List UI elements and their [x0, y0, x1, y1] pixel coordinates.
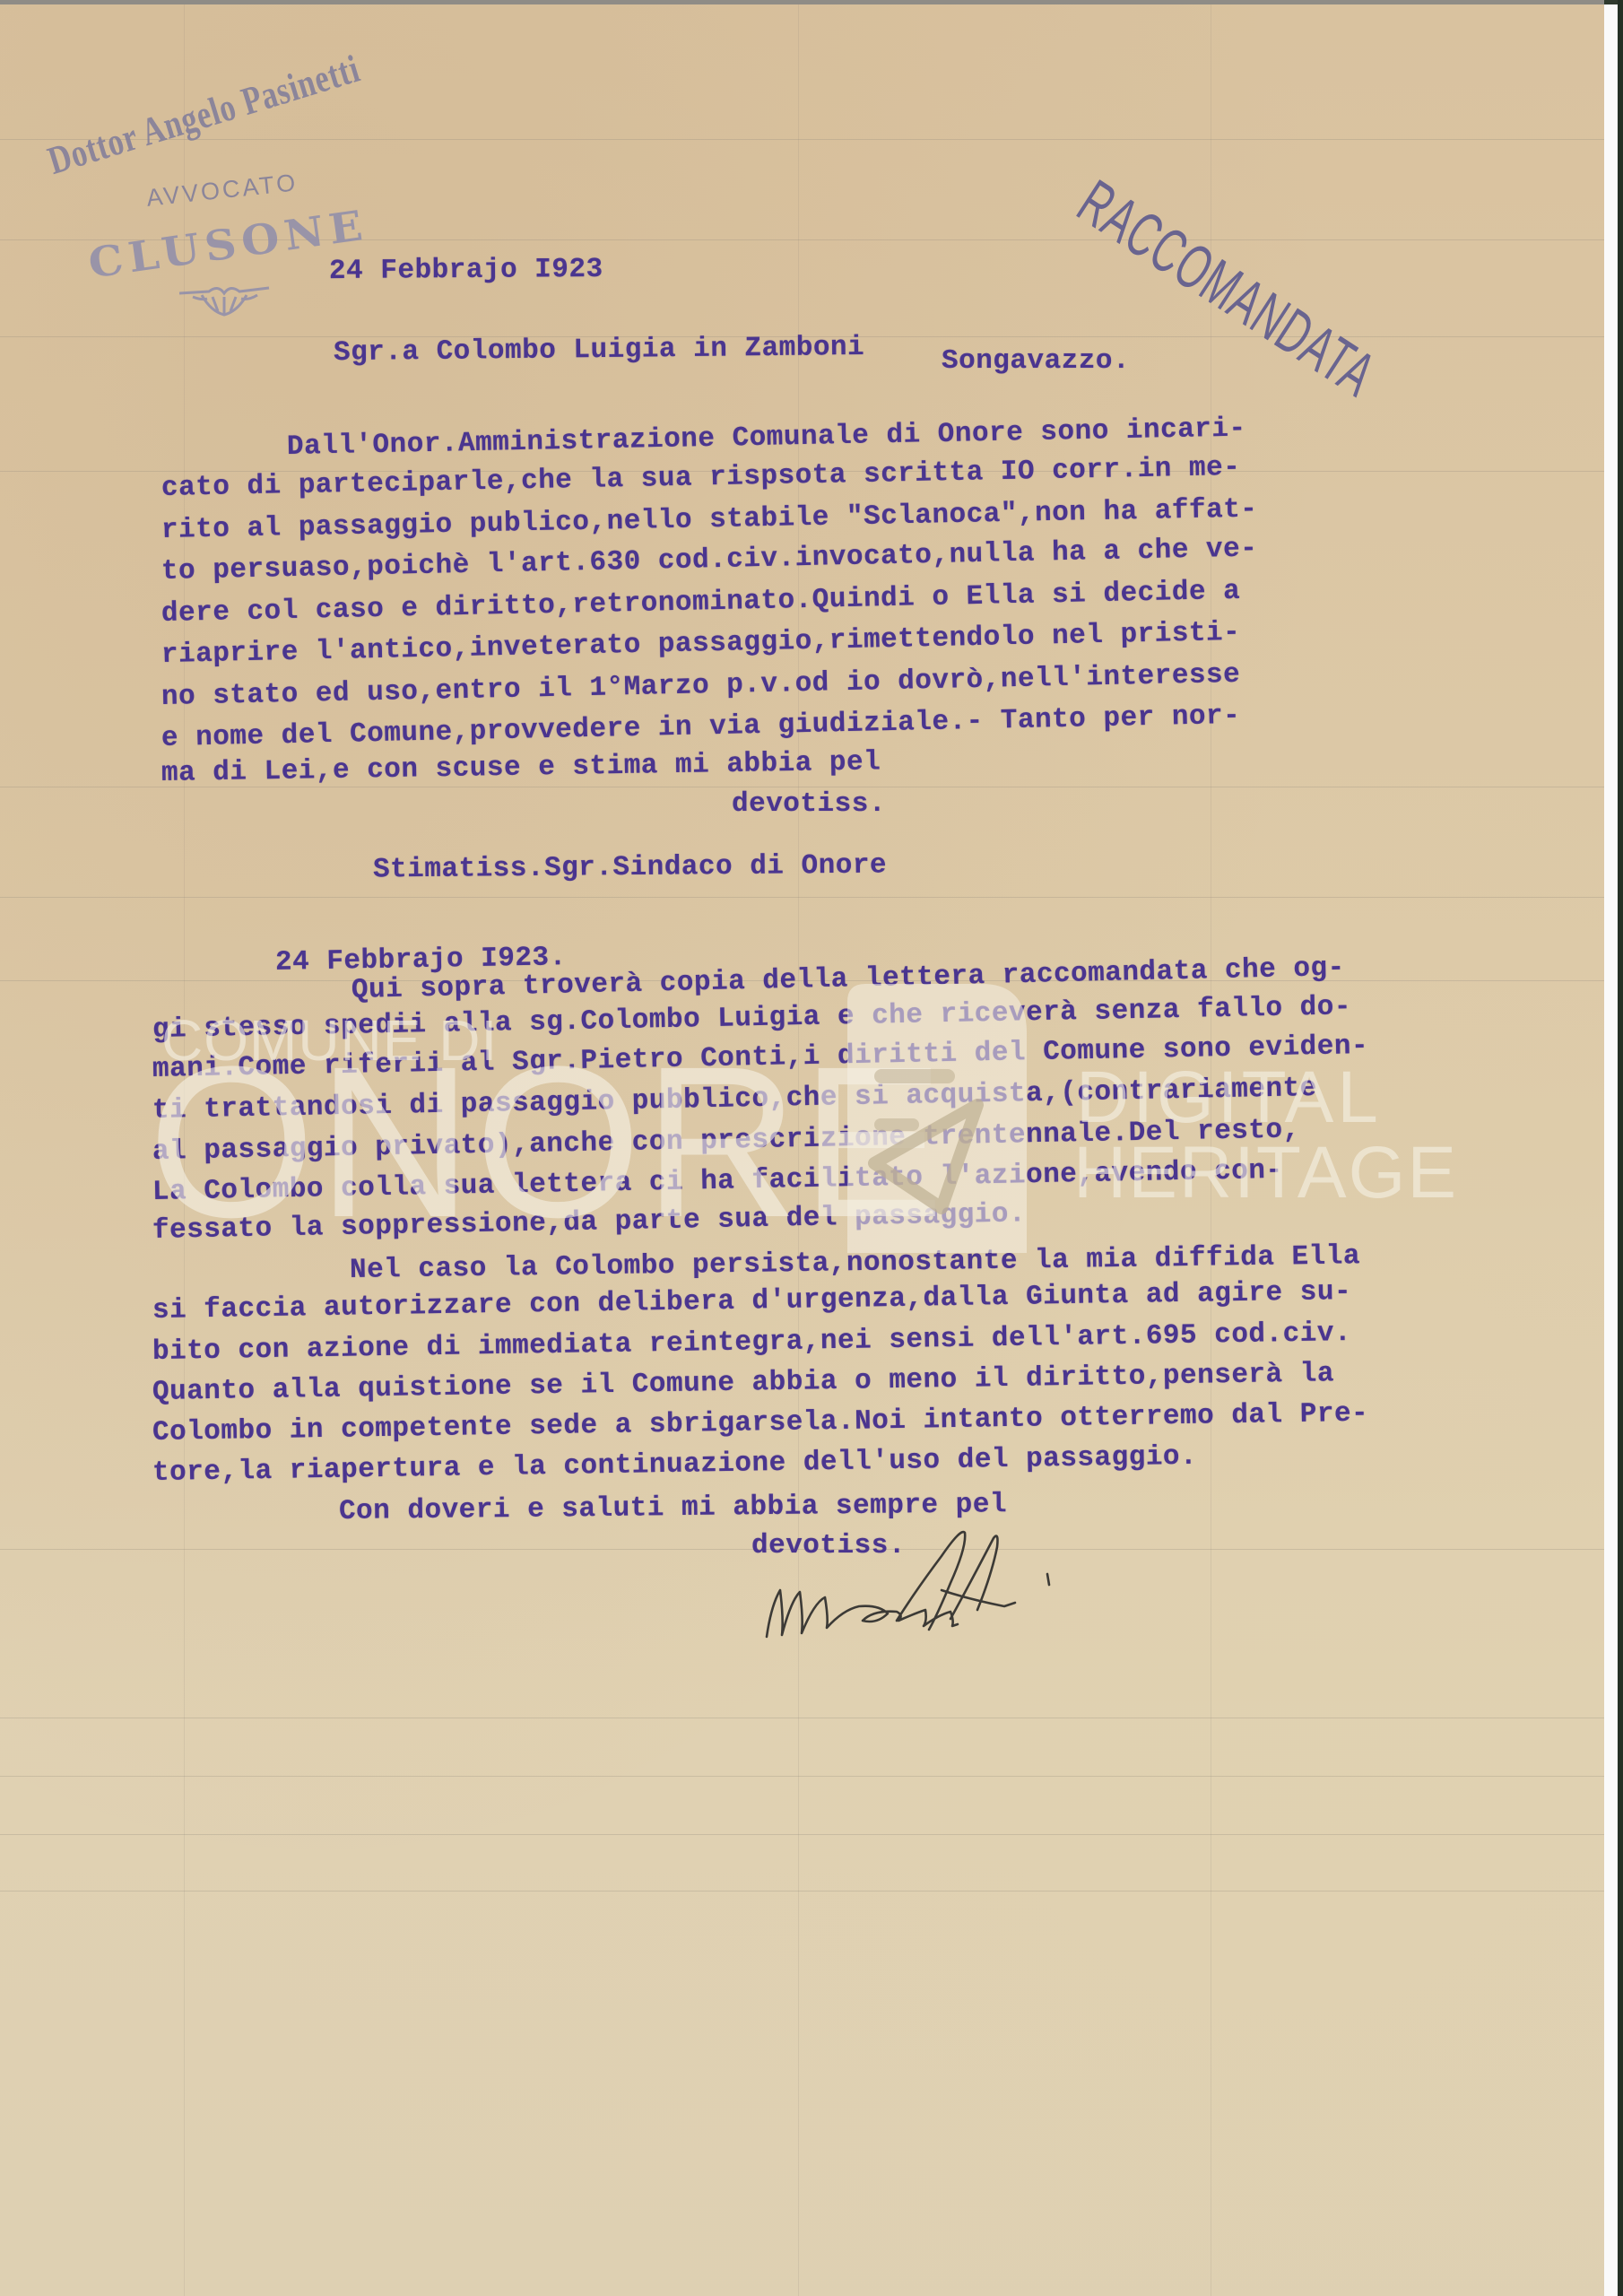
letter-page: Dottor Angelo Pasinetti AVVOCATO CLUSONE…	[0, 4, 1604, 2296]
stamp-lawyer-name: Dottor Angelo Pasinetti	[43, 46, 366, 184]
letter1-line: ma di Lei,e con scuse e stima mi abbia p…	[161, 748, 881, 787]
ruled-line	[0, 139, 1604, 140]
winged-ornament-icon	[175, 281, 273, 318]
letter2-line: Quanto alla quistione se il Comune abbia…	[152, 1360, 1334, 1406]
letter2-salutation: Stimatiss.Sgr.Sindaco di Onore	[373, 852, 887, 884]
letter2-line: si faccia autorizzare con delibera d'urg…	[152, 1278, 1352, 1325]
ruled-line	[0, 897, 1604, 898]
letter2-line: bito con azione di immediata reintegra,n…	[152, 1319, 1352, 1366]
stamp-city: CLUSONE	[85, 200, 370, 287]
letter2-line: fessato la soppressione,da parte sua del…	[152, 1200, 1027, 1245]
letter2-line: Colombo in competente sede a sbrigarsela…	[152, 1400, 1369, 1447]
ruled-line	[0, 1891, 1604, 1892]
letter1-recipient-place: Songavazzo.	[942, 347, 1130, 375]
ruled-line	[0, 1776, 1604, 1777]
handwritten-signature-icon	[762, 1520, 1228, 1650]
ruled-line	[0, 1834, 1604, 1835]
letter1-recipient: Sgr.a Colombo Luigia in Zamboni	[334, 334, 864, 367]
letter2-line: tore,la riapertura e la continuazione de…	[152, 1443, 1198, 1487]
scan-white-margin	[1604, 4, 1618, 2296]
letter1-date: 24 Febbrajo I923	[329, 256, 603, 285]
ruled-margin	[1211, 4, 1211, 2296]
scan-dark-edge	[1618, 0, 1623, 2296]
ruled-line	[0, 1718, 1604, 1718]
stamp-lawyer-title: AVVOCATO	[145, 169, 299, 213]
letter1-closing: devotiss.	[732, 790, 886, 818]
